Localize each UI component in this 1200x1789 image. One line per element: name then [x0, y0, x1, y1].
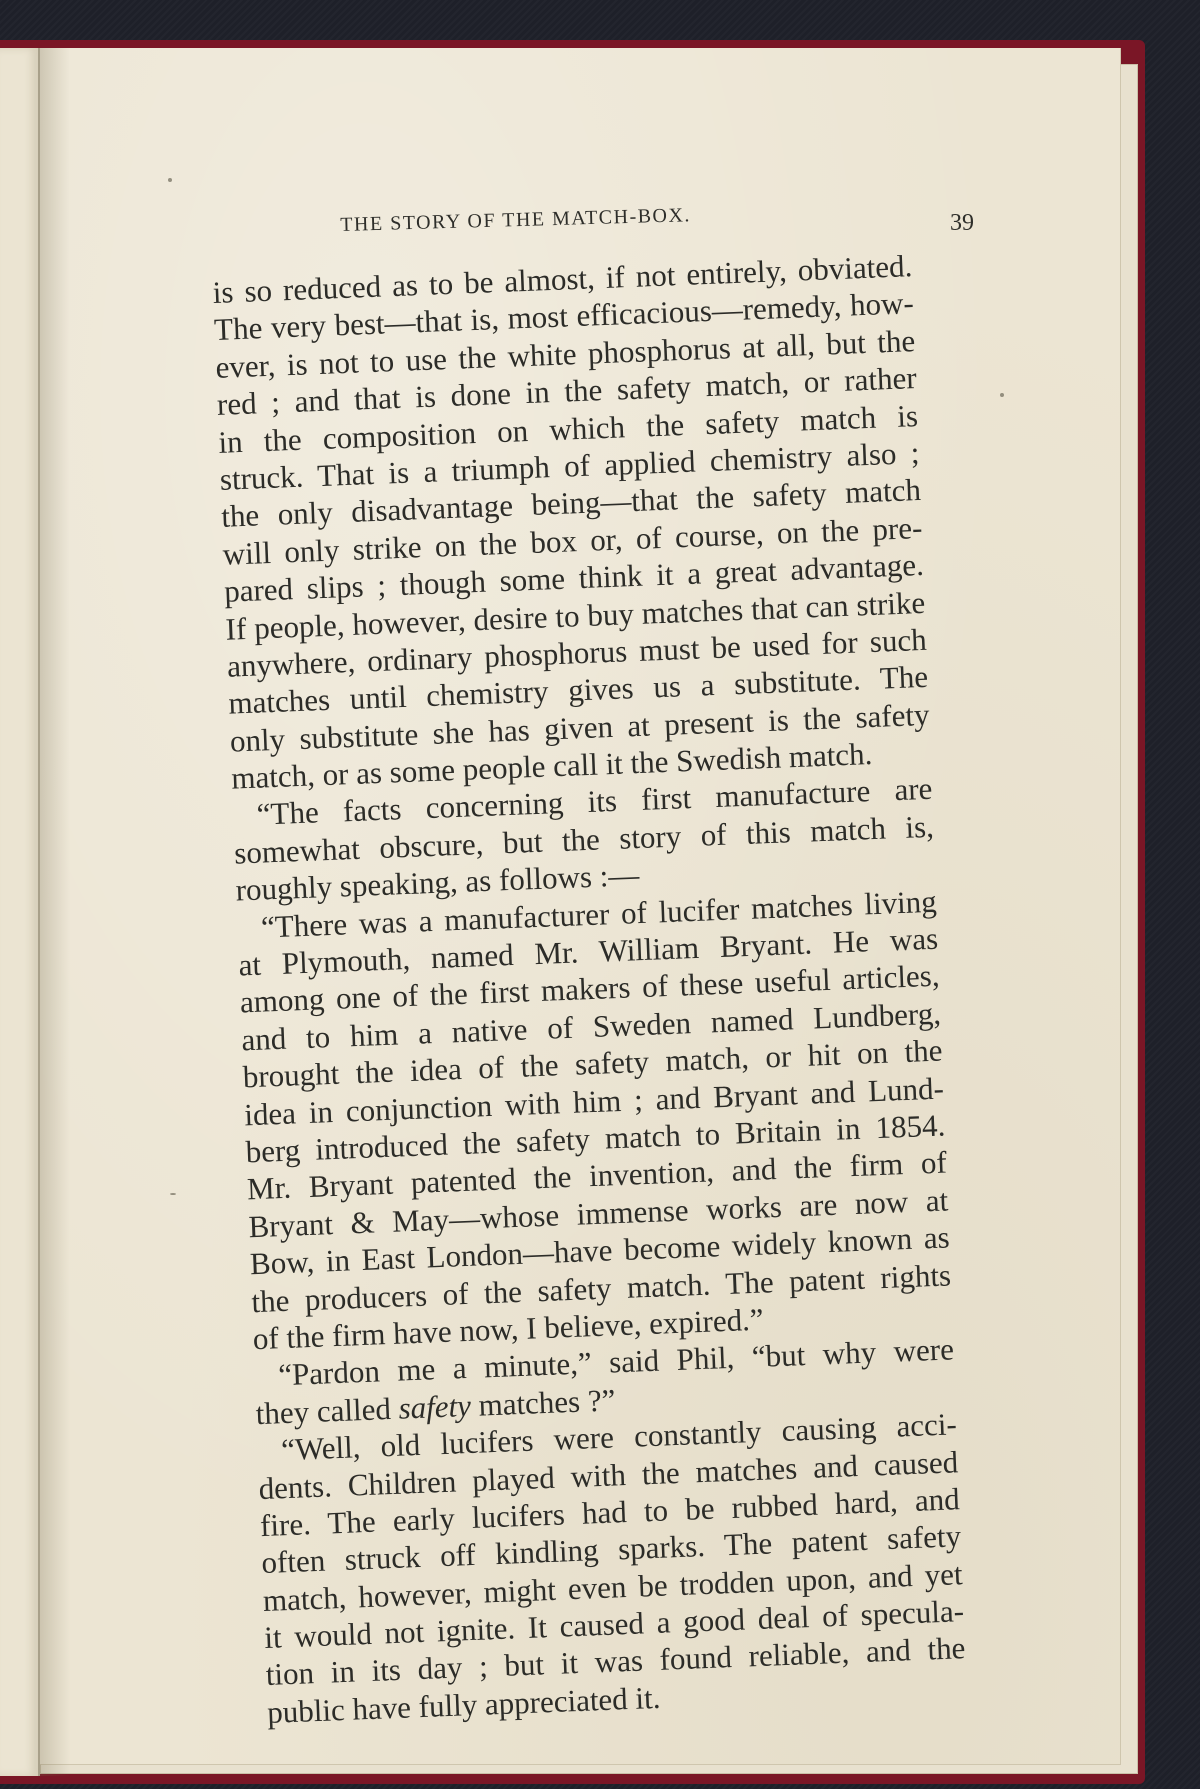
text-segment: matches ?” — [470, 1382, 616, 1423]
italic-emphasis: safety — [398, 1388, 472, 1426]
previous-page-edge — [0, 48, 40, 1776]
paper-speck — [168, 178, 172, 182]
running-head: THE STORY OF THE MATCH-BOX. — [340, 204, 691, 237]
body-text: is so reduced as to be almost, if not en… — [212, 247, 967, 1731]
book-page: THE STORY OF THE MATCH-BOX. 39 is so red… — [40, 48, 1121, 1765]
paper-speck — [1000, 393, 1004, 397]
scanned-book-scene: THE STORY OF THE MATCH-BOX. 39 is so red… — [0, 0, 1200, 1789]
paper-speck — [170, 1193, 176, 1195]
page-number: 39 — [950, 210, 974, 237]
text-segment: they called — [255, 1390, 399, 1430]
gutter-shadow — [40, 48, 70, 1776]
